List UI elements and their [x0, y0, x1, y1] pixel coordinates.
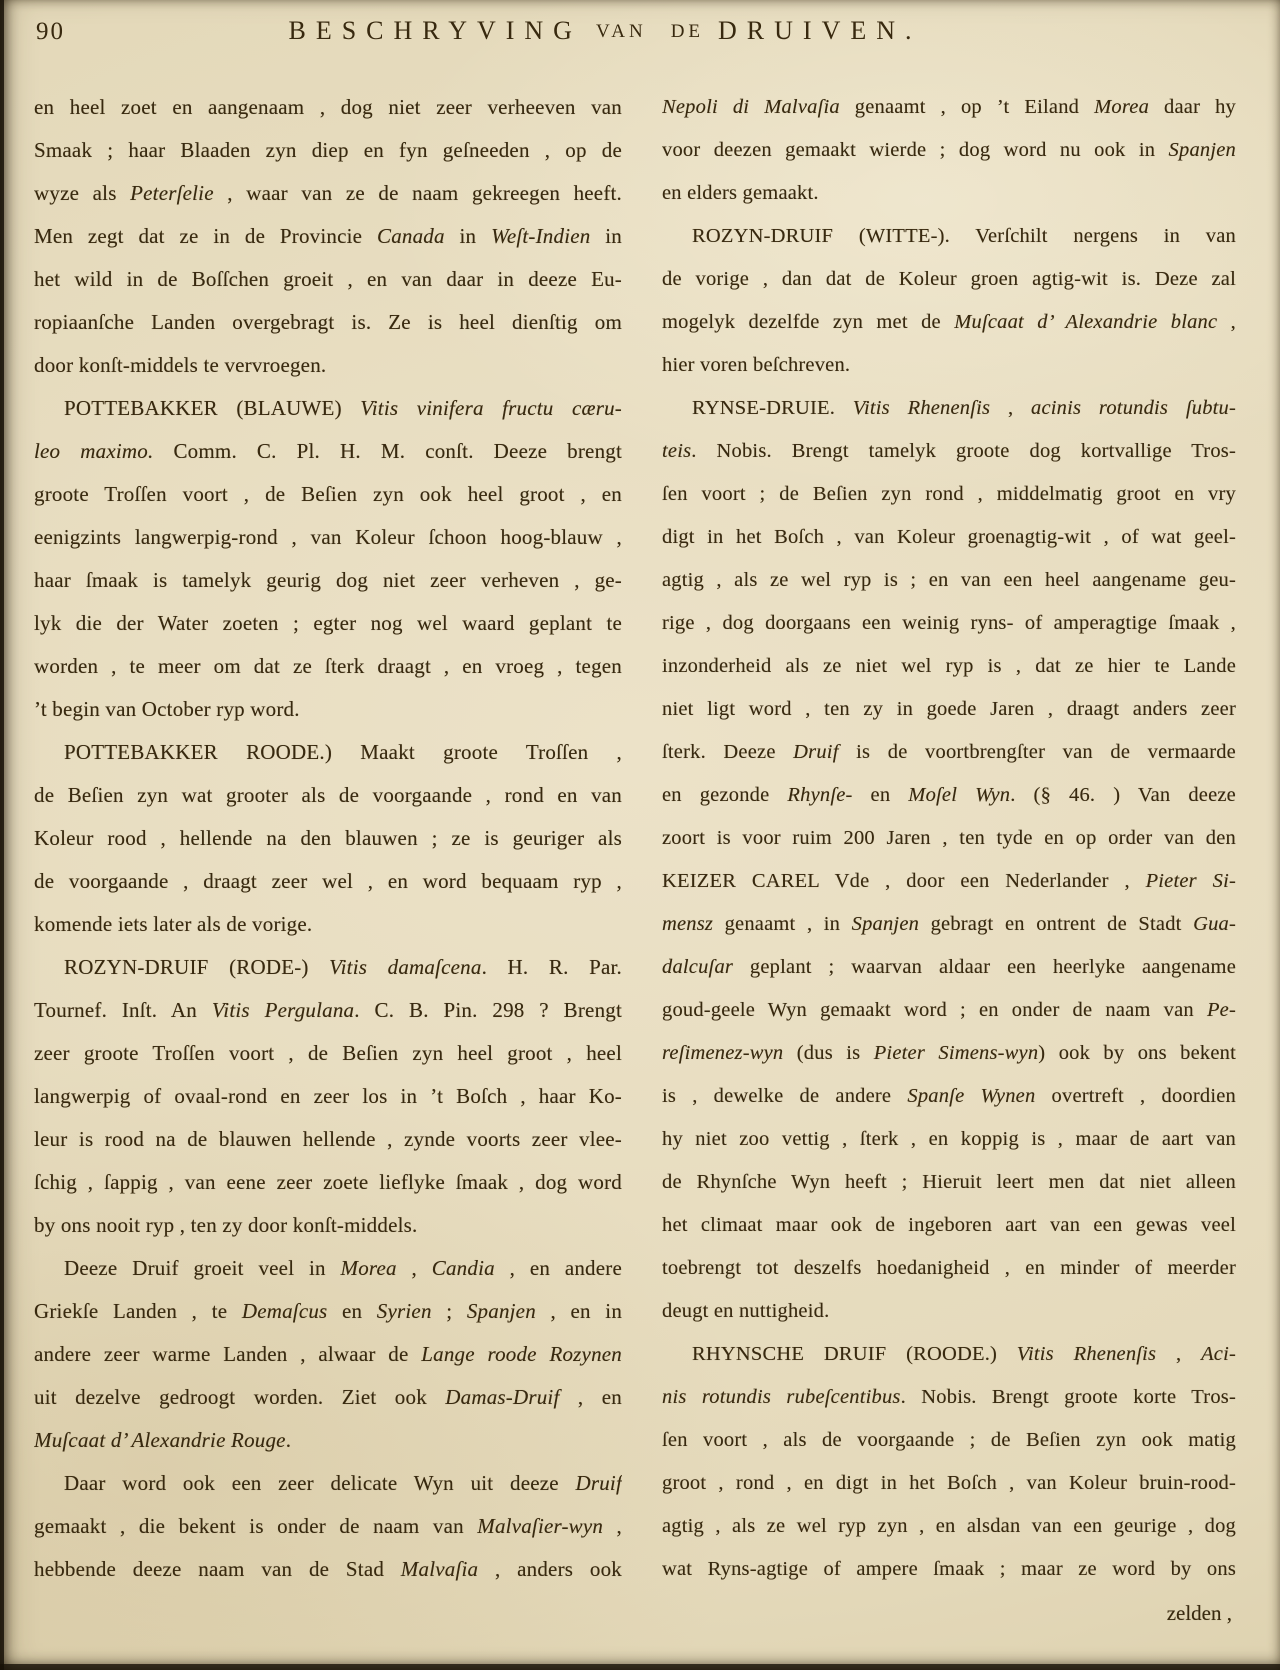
text-line: ſchig , ſappig , van eene zeer zoete lie…: [34, 1161, 622, 1204]
text-line: wat Ryns-agtige of ampere ſmaak ; maar z…: [662, 1548, 1236, 1591]
text-line: ſen voort ; de Beſien zyn rond , middelm…: [662, 473, 1236, 516]
page-number: 90: [36, 18, 65, 46]
text-line: voor deezen gemaakt wierde ; dog word nu…: [662, 129, 1236, 172]
text-line: goud-geele Wyn gemaakt word ; en onder d…: [662, 989, 1236, 1032]
text-line: gemaakt , die bekent is onder de naam va…: [34, 1505, 622, 1548]
text-line: niet ligt word , ten zy in goede Jaren ,…: [662, 688, 1236, 731]
text-line: Deeze Druif groeit veel in Morea , Candi…: [34, 1247, 622, 1290]
text-line: en gezonde Rhynſe- en Moſel Wyn. (§ 46. …: [662, 774, 1236, 817]
text-line: deugt en nuttigheid.: [662, 1290, 1236, 1333]
text-line: POTTEBAKKER (BLAUWE) Vitis vinifera fruc…: [34, 387, 622, 430]
text-line: leo maximo. Comm. C. Pl. H. M. conſt. De…: [34, 430, 622, 473]
text-line: en heel zoet en aangenaam , dog niet zee…: [34, 86, 622, 129]
text-line: eenigzints langwerpig-rond , van Koleur …: [34, 516, 622, 559]
text-line: by ons nooit ryp , ten zy door konſt-mid…: [34, 1204, 622, 1247]
text-line: Griekſe Landen , te Demaſcus en Syrien ;…: [34, 1290, 622, 1333]
text-line: ’t begin van October ryp word.: [34, 688, 622, 731]
text-line: teis. Nobis. Brengt tamelyk groote dog k…: [662, 430, 1236, 473]
text-line: hy niet zoo vettig , ſterk , en koppig i…: [662, 1118, 1236, 1161]
text-line: komende iets later als de vorige.: [34, 903, 622, 946]
text-line: rige , dog doorgaans een weinig ryns- of…: [662, 602, 1236, 645]
text-line: de voorgaande , draagt zeer wel , en wor…: [34, 860, 622, 903]
text-line: is , dewelke de andere Spanſe Wynen over…: [662, 1075, 1236, 1118]
text-line: zoort is voor ruim 200 Jaren , ten tyde …: [662, 817, 1236, 860]
book-page: 90 BESCHRYVING VAN DE DRUIVEN. en heel z…: [0, 0, 1280, 1635]
text-line: ROZYN-DRUIF (WITTE-). Verſchilt nergens …: [662, 215, 1236, 258]
right-column-text: Nepoli di Malvaſia genaamt , op ’t Eilan…: [662, 86, 1236, 1591]
text-line: door konſt-middels te vervroegen.: [34, 344, 622, 387]
running-title-van: VAN: [596, 21, 647, 42]
text-line: en elders gemaakt.: [662, 172, 1236, 215]
text-line: mogelyk dezelfde zyn met de Muſcaat d’ A…: [662, 301, 1236, 344]
text-line: het climaat maar ook de ingeboren aart v…: [662, 1204, 1236, 1247]
text-line: agtig , als ze wel ryp zyn , en alsdan v…: [662, 1505, 1236, 1548]
scan-bottom-border: [0, 1664, 1280, 1670]
text-line: Men zegt dat ze in de Provincie Canada i…: [34, 215, 622, 258]
text-line: digt in het Boſch , van Koleur groenagti…: [662, 516, 1236, 559]
text-line: worden , te meer om dat ze ſterk draagt …: [34, 645, 622, 688]
text-line: de Beſien zyn wat grooter als de voorgaa…: [34, 774, 622, 817]
text-line: reſimenez-wyn (dus is Pieter Simens-wyn)…: [662, 1032, 1236, 1075]
page-header: 90 BESCHRYVING VAN DE DRUIVEN.: [0, 0, 1280, 86]
text-line: langwerpig of ovaal-rond en zeer los in …: [34, 1075, 622, 1118]
running-title-main: BESCHRYVING: [288, 16, 581, 45]
text-line: het wild in de Boſſchen groeit , en van …: [34, 258, 622, 301]
text-line: ropiaanſche Landen overgebragt is. Ze is…: [34, 301, 622, 344]
right-column: Nepoli di Malvaſia genaamt , op ’t Eilan…: [662, 86, 1236, 1635]
text-line: de vorige , dan dat de Koleur groen agti…: [662, 258, 1236, 301]
text-line: de Rhynſche Wyn heeft ; Hieruit leert me…: [662, 1161, 1236, 1204]
running-title-de: DE: [671, 21, 704, 42]
text-line: ſterk. Deeze Druif is de voortbrengſter …: [662, 731, 1236, 774]
text-line: Koleur rood , hellende na den blauwen ; …: [34, 817, 622, 860]
left-column: en heel zoet en aangenaam , dog niet zee…: [34, 86, 622, 1635]
catchword: zelden ,: [662, 1592, 1236, 1635]
text-line: RYNSE-DRUIE. Vitis Rhenenſis , acinis ro…: [662, 387, 1236, 430]
text-line: mensz genaamt , in Spanjen gebragt en on…: [662, 903, 1236, 946]
text-line: Daar word ook een zeer delicate Wyn uit …: [34, 1462, 622, 1505]
running-title-rest: DRUIVEN.: [718, 16, 922, 45]
text-line: hebbende deeze naam van de Stad Malvaſia…: [34, 1548, 622, 1591]
text-line: nis rotundis rubeſcentibus. Nobis. Breng…: [662, 1376, 1236, 1419]
text-line: hier voren beſchreven.: [662, 344, 1236, 387]
text-line: uit dezelve gedroogt worden. Ziet ook Da…: [34, 1376, 622, 1419]
text-line: ſen voort , als de voorgaande ; de Beſie…: [662, 1419, 1236, 1462]
text-line: lyk die der Water zoeten ; egter nog wel…: [34, 602, 622, 645]
text-line: Nepoli di Malvaſia genaamt , op ’t Eilan…: [662, 86, 1236, 129]
text-line: Tournef. Inſt. An Vitis Pergulana. C. B.…: [34, 989, 622, 1032]
text-line: leur is rood na de blauwen hellende , zy…: [34, 1118, 622, 1161]
text-line: toebrengt tot deszelfs hoedanigheid , en…: [662, 1247, 1236, 1290]
text-line: andere zeer warme Landen , alwaar de Lan…: [34, 1333, 622, 1376]
text-line: haar ſmaak is tamelyk geurig dog niet ze…: [34, 559, 622, 602]
text-line: Smaak ; haar Blaaden zyn diep en fyn geſ…: [34, 129, 622, 172]
text-line: groote Troſſen voort , de Beſien zyn ook…: [34, 473, 622, 516]
text-line: POTTEBAKKER ROODE.) Maakt groote Troſſen…: [34, 731, 622, 774]
text-line: inzonderheid als ze niet wel ryp is , da…: [662, 645, 1236, 688]
text-line: groot , rond , en digt in het Boſch , va…: [662, 1462, 1236, 1505]
text-line: dalcuſar geplant ; waarvan aldaar een he…: [662, 946, 1236, 989]
text-line: ROZYN-DRUIF (RODE-) Vitis damaſcena. H. …: [34, 946, 622, 989]
running-title: BESCHRYVING VAN DE DRUIVEN.: [80, 16, 1130, 46]
text-line: RHYNSCHE DRUIF (ROODE.) Vitis Rhenenſis …: [662, 1333, 1236, 1376]
scan-left-border: [0, 0, 4, 1670]
text-line: zeer groote Troſſen voort , de Beſien zy…: [34, 1032, 622, 1075]
text-columns: en heel zoet en aangenaam , dog niet zee…: [0, 86, 1280, 1635]
text-line: wyze als Peterſelie , waar van ze de naa…: [34, 172, 622, 215]
text-line: agtig , als ze wel ryp is ; en van een h…: [662, 559, 1236, 602]
text-line: KEIZER CAREL Vde , door een Nederlander …: [662, 860, 1236, 903]
text-line: Muſcaat d’ Alexandrie Rouge.: [34, 1419, 622, 1462]
